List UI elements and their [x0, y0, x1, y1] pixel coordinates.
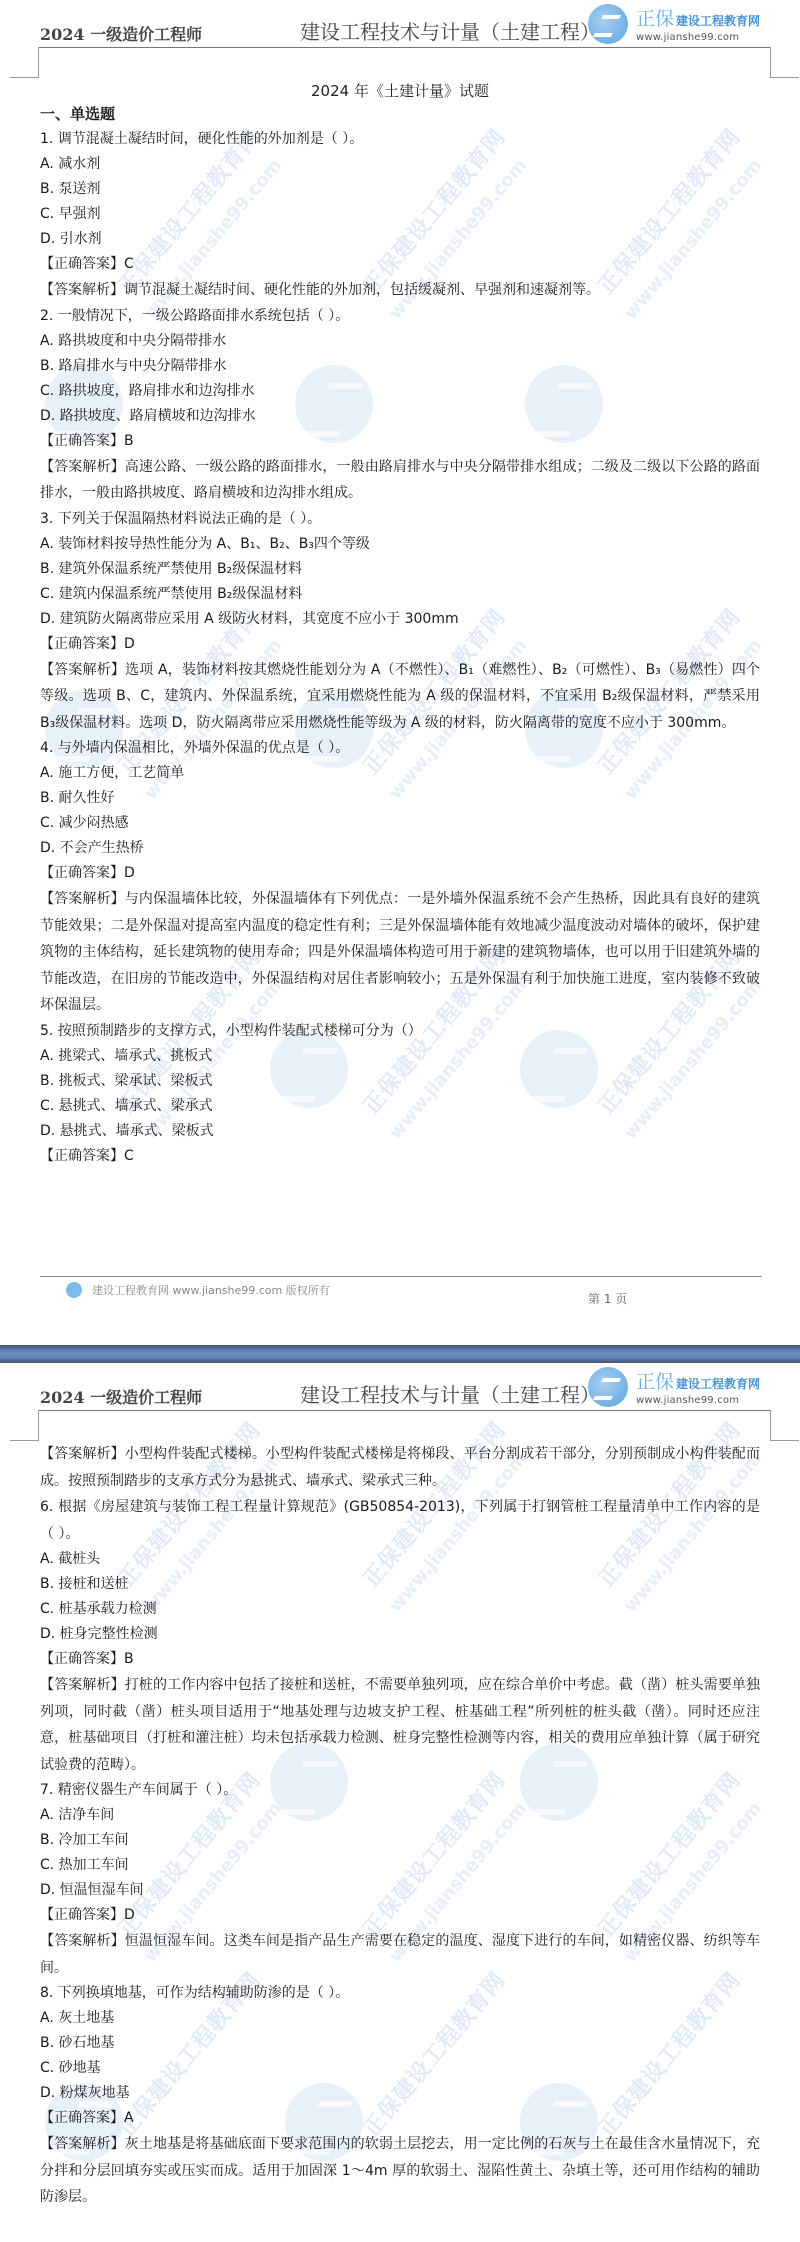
brand-name: 正保	[636, 1371, 674, 1393]
document-title: 2024 年《土建计量》试题	[0, 80, 800, 101]
option-a: A. 灰土地基	[40, 2006, 760, 2031]
analysis-label: 【答案解析】	[40, 2136, 125, 2152]
section-heading: 一、单选题	[40, 102, 760, 127]
option-d: D. 悬挑式、墙承式、梁板式	[40, 1119, 760, 1144]
page-separator	[0, 1345, 800, 1363]
answer-label: 【正确答案】	[40, 1651, 124, 1667]
option-b: B. 路肩排水与中央分隔带排水	[40, 354, 760, 379]
corner-mark	[38, 47, 39, 78]
correct-answer: 【正确答案】C	[40, 1144, 760, 1169]
analysis-label: 【答案解析】	[40, 459, 125, 475]
answer-value: D	[124, 1907, 135, 1923]
question-stem: 7. 精密仪器生产车间属于（ ）。	[40, 1778, 760, 1803]
exam-name: 2024 一级造价工程师	[40, 1385, 202, 1408]
option-d: D. 建筑防火隔离带应采用 A 级防火材料，其宽度不应小于 300mm	[40, 607, 760, 632]
header-rule	[38, 47, 770, 48]
brand-block: 正保建设工程教育网 www.jianshe99.com	[636, 1367, 760, 1406]
answer-label: 【正确答案】	[40, 433, 124, 449]
page-2-content: 【答案解析】小型构件装配式楼梯。小型构件装配式楼梯是将梯段、平台分割成若干部分，…	[40, 1441, 760, 2211]
question-stem: 8. 下列换填地基，可作为结构辅助防渗的是（ ）。	[40, 1981, 760, 2006]
answer-label: 【正确答案】	[40, 2110, 124, 2126]
option-a: A. 洁净车间	[40, 1803, 760, 1828]
option-c: C. 桩基承载力检测	[40, 1597, 760, 1622]
brand-block: 正保建设工程教育网 www.jianshe99.com	[636, 4, 760, 43]
correct-answer: 【正确答案】D	[40, 861, 760, 886]
answer-analysis: 【答案解析】恒温恒湿车间。这类车间是指产品生产需要在稳定的温度、湿度下进行的车间…	[40, 1928, 760, 1981]
brand-url: www.jianshe99.com	[636, 32, 760, 43]
answer-analysis: 【答案解析】灰土地基是将基础底面下要求范围内的软弱土层挖去，用一定比例的石灰与土…	[40, 2131, 760, 2211]
exam-name: 2024 一级造价工程师	[40, 22, 202, 45]
answer-label: 【正确答案】	[40, 865, 124, 881]
analysis-text: 与内保温墙体比较，外保温墙体有下列优点：一是外墙外保温系统不会产生热桥，因此具有…	[40, 891, 760, 1013]
option-d: D. 不会产生热桥	[40, 836, 760, 861]
answer-value: C	[124, 256, 134, 272]
answer-label: 【正确答案】	[40, 1907, 124, 1923]
corner-mark	[771, 1440, 799, 1441]
corner-mark	[770, 47, 771, 78]
subject-title: 建设工程技术与计量（土建工程）	[300, 1379, 600, 1408]
option-b: B. 挑板式、梁承试、梁板式	[40, 1069, 760, 1094]
footer-logo-icon	[66, 1282, 82, 1298]
document-page-1: 正保建设工程教育网 www.jianshe99.com 正保建设工程教育网 ww…	[0, 0, 800, 1345]
option-c: C. 早强剂	[40, 202, 760, 227]
option-d: D. 粉煤灰地基	[40, 2081, 760, 2106]
analysis-text: 选项 A，装饰材料按其燃烧性能划分为 A（不燃性）、B₁（难燃性）、B₂（可燃性…	[40, 662, 760, 731]
option-c: C. 减少闷热感	[40, 811, 760, 836]
option-a: A. 截桩头	[40, 1547, 760, 1572]
option-b: B. 泵送剂	[40, 177, 760, 202]
corner-mark	[771, 77, 799, 78]
option-d: D. 恒温恒湿车间	[40, 1878, 760, 1903]
correct-answer: 【正确答案】B	[40, 1647, 760, 1672]
document-page-2: 正保建设工程教育网 www.jianshe99.com 正保建设工程教育网 ww…	[0, 1363, 800, 2242]
answer-analysis: 【答案解析】小型构件装配式楼梯。小型构件装配式楼梯是将梯段、平台分割成若干部分，…	[40, 1441, 760, 1494]
option-c: C. 路拱坡度，路肩排水和边沟排水	[40, 379, 760, 404]
answer-value: D	[124, 865, 135, 881]
answer-analysis: 【答案解析】高速公路、一级公路的路面排水，一般由路肩排水与中央分隔带排水组成；二…	[40, 454, 760, 507]
analysis-text: 调节混凝土凝结时间、硬化性能的外加剂，包括缓凝剂、早强剂和速凝剂等。	[124, 282, 600, 298]
answer-value: C	[124, 1148, 134, 1164]
option-a: A. 减水剂	[40, 152, 760, 177]
brand-url: www.jianshe99.com	[636, 1395, 760, 1406]
option-d: D. 引水剂	[40, 227, 760, 252]
analysis-label: 【答案解析】	[40, 662, 125, 678]
page-number: 第 1 页	[588, 1290, 627, 1307]
analysis-label: 【答案解析】	[40, 282, 124, 298]
answer-value: B	[124, 433, 134, 449]
answer-value: A	[124, 2110, 134, 2126]
brand-subname: 建设工程教育网	[676, 1377, 760, 1391]
question-stem: 6. 根据《房屋建筑与装饰工程工程量计算规范》(GB50854-2013)，下列…	[40, 1494, 760, 1547]
option-b: B. 接桩和送桩	[40, 1572, 760, 1597]
corner-mark	[10, 77, 38, 78]
answer-analysis: 【答案解析】打桩的工作内容中包括了接桩和送桩，不需要单独列项，应在综合单价中考虑…	[40, 1672, 760, 1778]
option-a: A. 装饰材料按导热性能分为 A、B₁、B₂、B₃四个等级	[40, 532, 760, 557]
page-1-content: 一、单选题 1. 调节混凝土凝结时间，硬化性能的外加剂是（ ）。 A. 减水剂 …	[40, 102, 760, 1169]
analysis-label: 【答案解析】	[40, 1677, 125, 1693]
correct-answer: 【正确答案】A	[40, 2106, 760, 2131]
answer-analysis: 【答案解析】调节混凝土凝结时间、硬化性能的外加剂，包括缓凝剂、早强剂和速凝剂等。	[40, 277, 760, 304]
analysis-text: 高速公路、一级公路的路面排水，一般由路肩排水与中央分隔带排水组成；二级及二级以下…	[40, 459, 760, 502]
analysis-label: 【答案解析】	[40, 891, 125, 907]
brand-logo-icon	[588, 4, 628, 44]
option-b: B. 冷加工车间	[40, 1828, 760, 1853]
corner-mark	[10, 1440, 38, 1441]
brand-name: 正保	[636, 8, 674, 30]
answer-label: 【正确答案】	[40, 256, 124, 272]
correct-answer: 【正确答案】D	[40, 1903, 760, 1928]
option-b: B. 耐久性好	[40, 786, 760, 811]
question-stem: 4. 与外墙内保温相比，外墙外保温的优点是（ ）。	[40, 736, 760, 761]
subject-title: 建设工程技术与计量（土建工程）	[300, 16, 600, 45]
answer-label: 【正确答案】	[40, 1148, 124, 1164]
option-c: C. 悬挑式、墙承式、梁承式	[40, 1094, 760, 1119]
corner-mark	[38, 1410, 39, 1441]
header-rule	[38, 1410, 770, 1411]
page-header: 2024 一级造价工程师 建设工程技术与计量（土建工程） 正保建设工程教育网 w…	[0, 1363, 800, 1443]
option-c: C. 建筑内保温系统严禁使用 B₂级保温材料	[40, 582, 760, 607]
page-header: 2024 一级造价工程师 建设工程技术与计量（土建工程） 正保建设工程教育网 w…	[0, 0, 800, 80]
analysis-text: 打桩的工作内容中包括了接桩和送桩，不需要单独列项，应在综合单价中考虑。截（凿）桩…	[40, 1677, 760, 1773]
analysis-label: 【答案解析】	[40, 1933, 125, 1949]
analysis-text: 小型构件装配式楼梯。小型构件装配式楼梯是将梯段、平台分割成若干部分，分别预制成小…	[40, 1446, 760, 1489]
answer-label: 【正确答案】	[40, 636, 124, 652]
answer-value: B	[124, 1651, 134, 1667]
question-stem: 2. 一般情况下，一级公路路面排水系统包括（ ）。	[40, 304, 760, 329]
analysis-label: 【答案解析】	[40, 1446, 125, 1462]
brand-logo-icon	[588, 1367, 628, 1407]
option-a: A. 路拱坡度和中央分隔带排水	[40, 329, 760, 354]
question-stem: 5. 按照预制踏步的支撑方式，小型构件装配式楼梯可分为（）	[40, 1019, 760, 1044]
correct-answer: 【正确答案】C	[40, 252, 760, 277]
corner-mark	[770, 1410, 771, 1441]
question-stem: 1. 调节混凝土凝结时间，硬化性能的外加剂是（ ）。	[40, 127, 760, 152]
option-a: A. 挑梁式、墙承式、挑板式	[40, 1044, 760, 1069]
option-d: D. 桩身完整性检测	[40, 1622, 760, 1647]
correct-answer: 【正确答案】D	[40, 632, 760, 657]
analysis-text: 恒温恒湿车间。这类车间是指产品生产需要在稳定的温度、湿度下进行的车间，如精密仪器…	[40, 1933, 760, 1976]
analysis-text: 灰土地基是将基础底面下要求范围内的软弱土层挖去，用一定比例的石灰与土在最佳含水量…	[40, 2136, 760, 2205]
answer-analysis: 【答案解析】选项 A，装饰材料按其燃烧性能划分为 A（不燃性）、B₁（难燃性）、…	[40, 657, 760, 737]
option-d: D. 路拱坡度、路肩横坡和边沟排水	[40, 404, 760, 429]
correct-answer: 【正确答案】B	[40, 429, 760, 454]
question-stem: 3. 下列关于保温隔热材料说法正确的是（ ）。	[40, 507, 760, 532]
brand-subname: 建设工程教育网	[676, 14, 760, 28]
option-b: B. 砂石地基	[40, 2031, 760, 2056]
option-c: C. 砂地基	[40, 2056, 760, 2081]
footer-rule	[40, 1276, 762, 1277]
answer-value: D	[124, 636, 135, 652]
answer-analysis: 【答案解析】与内保温墙体比较，外保温墙体有下列优点：一是外墙外保温系统不会产生热…	[40, 886, 760, 1019]
option-a: A. 施工方便，工艺简单	[40, 761, 760, 786]
option-b: B. 建筑外保温系统严禁使用 B₂级保温材料	[40, 557, 760, 582]
option-c: C. 热加工车间	[40, 1853, 760, 1878]
footer-copyright: 建设工程教育网 www.jianshe99.com 版权所有	[92, 1282, 330, 1298]
